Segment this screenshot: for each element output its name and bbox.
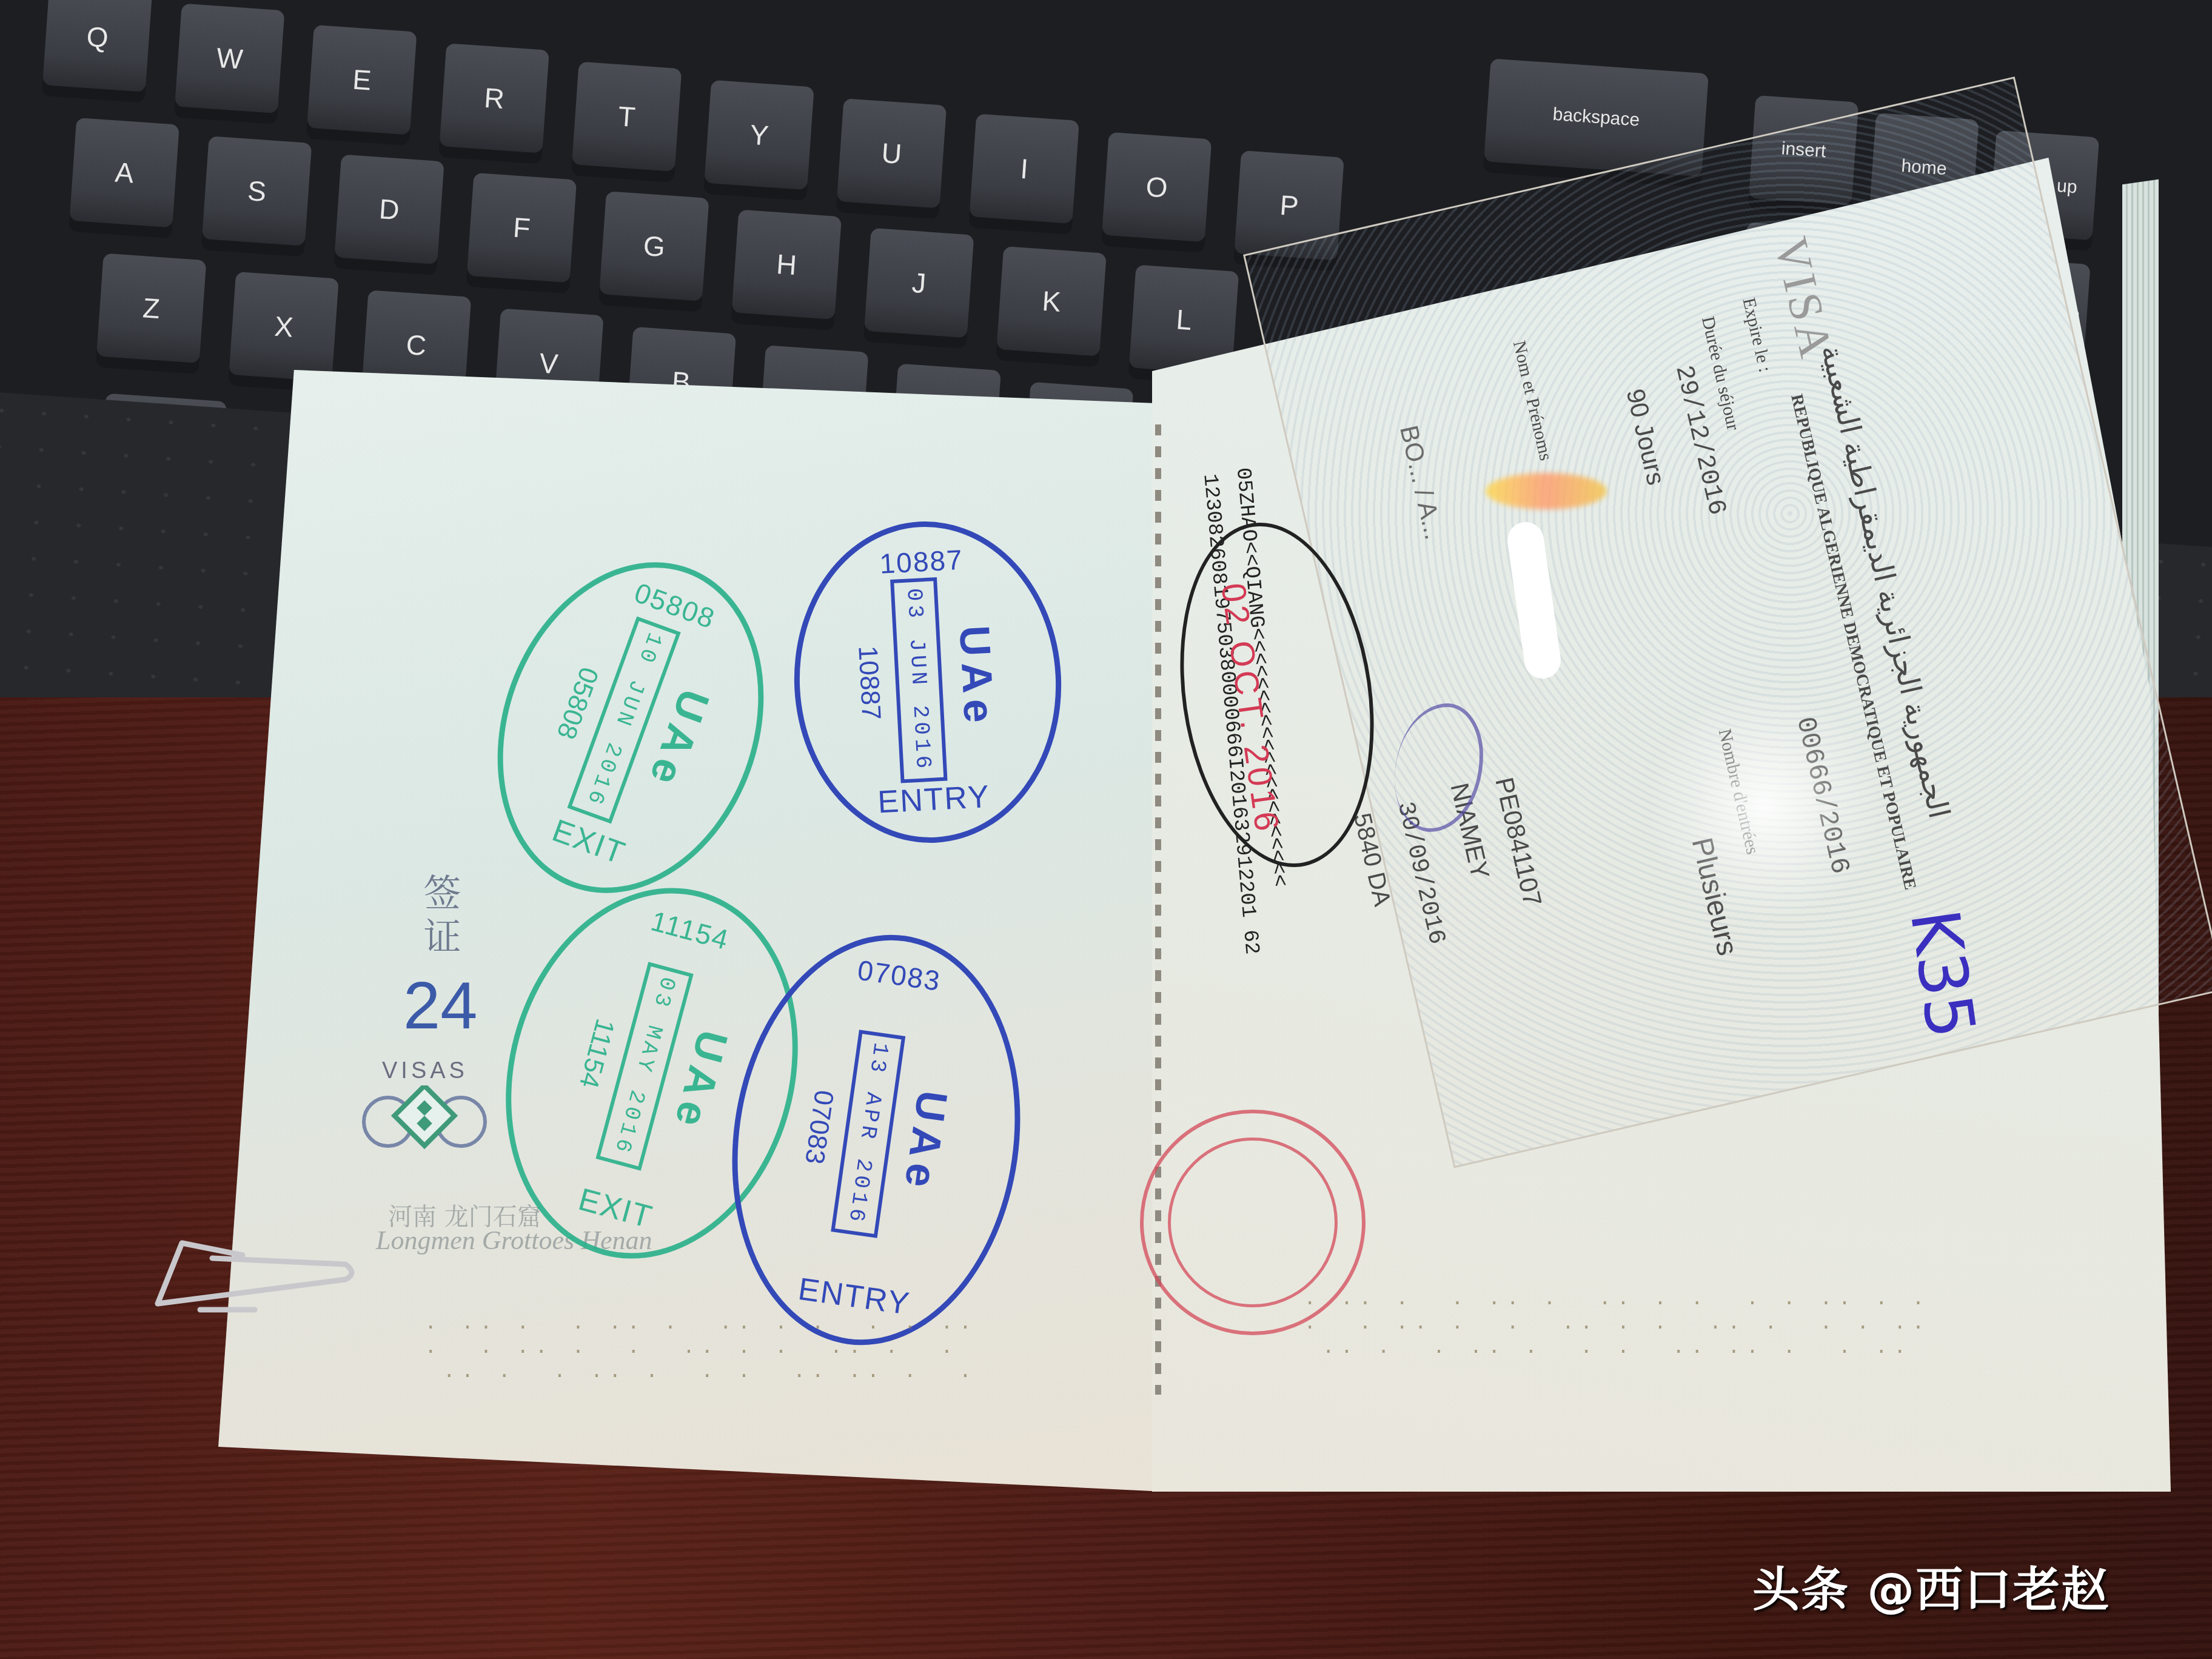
light-glare [1637, 697, 1892, 916]
stamp-date: 13 APR 2016 [831, 1030, 905, 1238]
stamp-number-vertical: 11154 [573, 1016, 620, 1091]
stamp-country: UAe [950, 625, 1004, 730]
stamp-kind: EXIT [575, 1181, 657, 1236]
stamp-country: UAe [894, 1088, 957, 1197]
paper-clip-icon [152, 1231, 358, 1316]
page-number-perforation: · ·· · · ·· · ·· · · · · ·· · · · · ·· ·… [1304, 1292, 1931, 1364]
stamp-kind: ENTRY [877, 779, 991, 821]
page-number: 24 [403, 967, 477, 1044]
page-number-perforation: · ·· · · ·· · ·· · · · · ·· · · ·· · · ·… [424, 1316, 977, 1389]
stamp-number: 07083 [856, 953, 943, 997]
hologram-glare [1486, 473, 1607, 509]
stamp-date: 03 MAY 2016 [595, 962, 693, 1170]
passport-emblem-icon [358, 1085, 491, 1158]
stamp-number: 11154 [648, 904, 733, 956]
watermark: 头条 @西口老赵 [1752, 1552, 2110, 1620]
stamp-kind: ENTRY [796, 1271, 913, 1322]
stamp-number-vertical: 07083 [799, 1088, 839, 1166]
photo-scene: Q W E R T Y U I O P backspace insert hom… [0, 0, 2212, 1659]
passport: 签证 24 VISAS 河南 龙门石窟 Longmen Grottoes Hen… [0, 0, 2212, 1659]
visa-label-chinese: 签证 [412, 873, 466, 960]
stamp-number-vertical: 10887 [852, 645, 886, 720]
visas-label: VISAS [382, 1058, 468, 1084]
stamp-country: UAe [664, 1025, 737, 1138]
stamp-date: 03 JUN 2016 [890, 577, 947, 783]
stamp-number: 10887 [879, 543, 964, 580]
